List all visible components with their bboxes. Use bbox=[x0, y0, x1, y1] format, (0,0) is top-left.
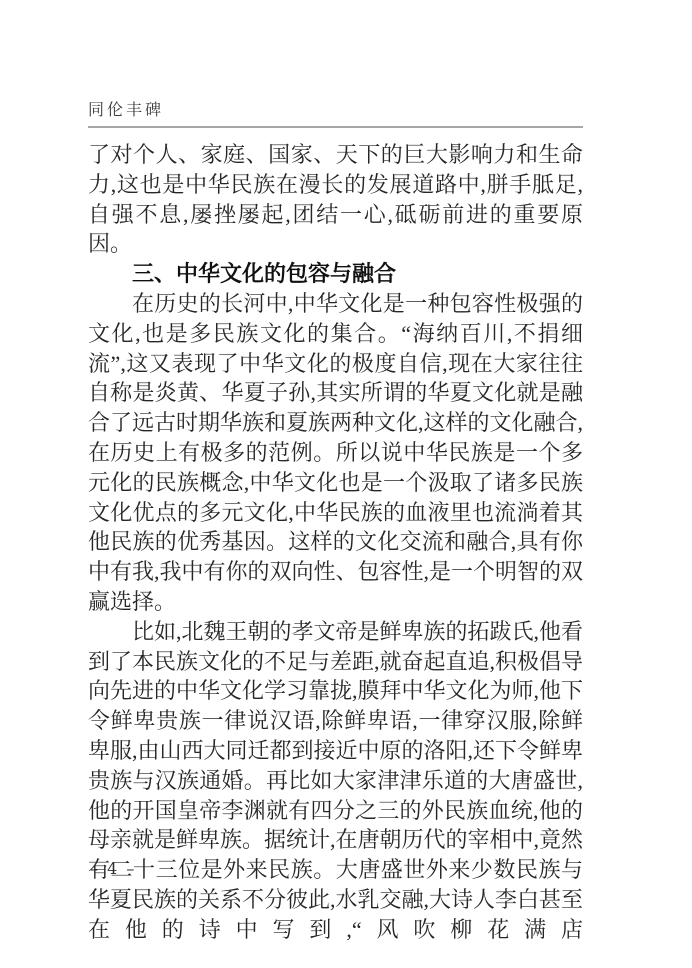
running-header: 同伦丰碑 bbox=[88, 97, 583, 128]
section-heading: 三、中华文化的包容与融合 bbox=[88, 259, 583, 289]
running-header-title: 同伦丰碑 bbox=[88, 100, 164, 119]
paragraph: 比如,北魏王朝的孝文帝是鲜卑族的拓跋氏,他看到了本民族文化的不足与差距,就奋起直… bbox=[88, 617, 583, 945]
body-text: 了对个人、家庭、国家、天下的巨大影响力和生命力,这也是中华民族在漫长的发展道路中… bbox=[88, 140, 583, 945]
page-number: – 4 – bbox=[90, 859, 136, 878]
scanned-book-page: 同伦丰碑 了对个人、家庭、国家、天下的巨大影响力和生命力,这也是中华民族在漫长的… bbox=[0, 0, 692, 968]
paragraph-continuation: 了对个人、家庭、国家、天下的巨大影响力和生命力,这也是中华民族在漫长的发展道路中… bbox=[88, 140, 583, 259]
paragraph: 在历史的长河中,中华文化是一种包容性极强的文化,也是多民族文化的集合。“海纳百川… bbox=[88, 289, 583, 617]
